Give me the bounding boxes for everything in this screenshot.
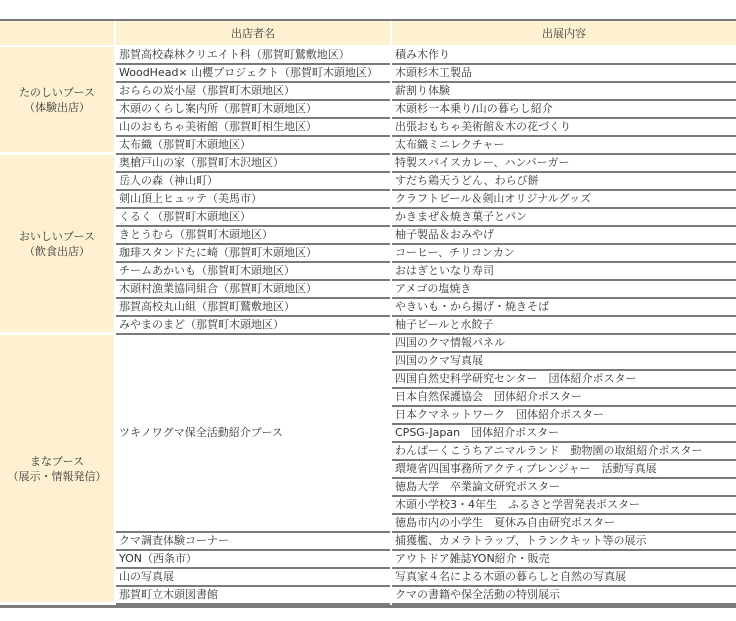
exhibitor-name: YON（西条市） xyxy=(116,551,390,569)
exhibitor-name: チームあかいも（那賀町木頭地区） xyxy=(116,263,390,281)
exhibitor-name-merged: ツキノワグマ保全活動紹介ブース xyxy=(116,335,390,533)
exhibit-content: 木頭杉一本乗り/山の暮らし紹介 xyxy=(392,101,736,119)
exhibitor-name: 太布織（那賀町木頭地区） xyxy=(116,137,390,155)
exhibitor-name: 山のおもちゃ美術館（那賀町相生地区） xyxy=(116,119,390,137)
exhibit-content: 写真家４名による木頭の暮らしと自然の写真展 xyxy=(392,569,736,587)
exhibit-content: 四国自然史科学研究センター 団体紹介ポスター xyxy=(392,371,736,389)
exhibit-content: おはぎといなり寿司 xyxy=(392,263,736,281)
exhibitor-name: みやまのまど（那賀町木頭地区） xyxy=(116,317,390,335)
table-row: おいしいブース （飲食出店） 奥槍戸山の家（那賀町木沢地区） 特製スパイスカレー… xyxy=(0,155,736,173)
exhibit-content: 柚子製品＆おみやげ xyxy=(392,227,736,245)
exhibitor-name: 那賀高校森林クリエイト科（那賀町鷲敷地区） xyxy=(116,47,390,65)
exhibit-content: 木頭杉木工製品 xyxy=(392,65,736,83)
exhibitor-name: WoodHead× 山櫻プロジェクト（那賀町木頭地区） xyxy=(116,65,390,83)
exhibit-content: コーヒー、チリコンカン xyxy=(392,245,736,263)
exhibit-content: 四国のクマ情報パネル xyxy=(392,335,736,353)
table-row: まなブース （展示・情報発信） ツキノワグマ保全活動紹介ブース 四国のクマ情報パ… xyxy=(0,335,736,353)
category-cell-fun-booth: たのしいブース （体験出店） xyxy=(0,47,114,155)
booth-exhibitor-table: 出店者名 出展内容 たのしいブース （体験出店） 那賀高校森林クリエイト科（那賀… xyxy=(0,19,736,608)
exhibitor-name: 那賀町立木頭図書館 xyxy=(116,587,390,605)
exhibit-content: 徳島大学 卒業論文研究ポスター xyxy=(392,479,736,497)
category-label: おいしいブース xyxy=(0,229,114,244)
exhibitor-name: 那賀高校丸山組（那賀町鷲敷地区） xyxy=(116,299,390,317)
exhibit-content: かきまぜ＆焼き菓子とパン xyxy=(392,209,736,227)
exhibit-content: CPSG-Japan 団体紹介ポスター xyxy=(392,425,736,443)
category-label: たのしいブース xyxy=(0,85,114,100)
exhibitor-name: 木頭村漁業協同組合（那賀町木頭地区） xyxy=(116,281,390,299)
exhibitor-name: くるく（那賀町木頭地区） xyxy=(116,209,390,227)
exhibitor-name: クマ調査体験コーナー xyxy=(116,533,390,551)
exhibitor-name: 剣山頂上ヒュッテ（美馬市） xyxy=(116,191,390,209)
exhibit-content: アメゴの塩焼き xyxy=(392,281,736,299)
exhibit-content: 日本自然保護協会 団体紹介ポスター xyxy=(392,389,736,407)
exhibit-content: 柚子ビールと水餃子 xyxy=(392,317,736,335)
exhibit-content: 出張おもちゃ美術館＆木の花づくり xyxy=(392,119,736,137)
exhibit-content: 徳島市内の小学生 夏休み自由研究ポスター xyxy=(392,515,736,533)
exhibitor-name: 山の写真展 xyxy=(116,569,390,587)
exhibit-content: 四国のクマ写真展 xyxy=(392,353,736,371)
exhibit-content: わんぱーくこうちアニマルランド 動物園の取組紹介ポスター xyxy=(392,443,736,461)
exhibitor-name: 奥槍戸山の家（那賀町木沢地区） xyxy=(116,155,390,173)
exhibit-content: クラフトビール＆剣山オリジナルグッズ xyxy=(392,191,736,209)
exhibit-content: 環境省四国事務所アクティブレンジャー 活動写真展 xyxy=(392,461,736,479)
exhibit-content: アウトドア雑誌YON紹介・販売 xyxy=(392,551,736,569)
exhibit-content: クマの書籍や保全活動の特別展示 xyxy=(392,587,736,605)
category-sublabel: （飲食出店） xyxy=(0,244,114,259)
category-sublabel: （展示・情報発信） xyxy=(0,469,114,484)
category-sublabel: （体験出店） xyxy=(0,100,114,115)
exhibit-content: 太布織ミニレクチャー xyxy=(392,137,736,155)
exhibit-content: 薪割り体験 xyxy=(392,83,736,101)
table-header-row: 出店者名 出展内容 xyxy=(0,21,736,47)
exhibit-content: 木頭小学校3・4年生 ふるさと学習発表ポスター xyxy=(392,497,736,515)
exhibitor-name: おららの炭小屋（那賀町木頭地区） xyxy=(116,83,390,101)
header-exhibit-content: 出展内容 xyxy=(392,21,736,47)
booth-table-container: 出店者名 出展内容 たのしいブース （体験出店） 那賀高校森林クリエイト科（那賀… xyxy=(0,19,736,608)
exhibit-content: やきいも・から揚げ・焼きそば xyxy=(392,299,736,317)
category-label: まなブース xyxy=(0,454,114,469)
exhibitor-name: 岳人の森（神山町） xyxy=(116,173,390,191)
category-cell-learning-booth: まなブース （展示・情報発信） xyxy=(0,335,114,605)
header-category xyxy=(0,21,114,47)
exhibit-content: 日本クマネットワーク 団体紹介ポスター xyxy=(392,407,736,425)
exhibitor-name: きとうむら（那賀町木頭地区） xyxy=(116,227,390,245)
exhibit-content: 積み木作り xyxy=(392,47,736,65)
exhibitor-name: 珈琲スタンドたに崎（那賀町木頭地区） xyxy=(116,245,390,263)
exhibitor-name: 木頭のくらし案内所（那賀町木頭地区） xyxy=(116,101,390,119)
exhibit-content: 特製スパイスカレー、ハンバーガー xyxy=(392,155,736,173)
category-cell-food-booth: おいしいブース （飲食出店） xyxy=(0,155,114,335)
exhibit-content: すだち鶏天うどん、わらび餅 xyxy=(392,173,736,191)
exhibit-content: 捕獲檻、カメラトラップ、トランクキット等の展示 xyxy=(392,533,736,551)
table-row: たのしいブース （体験出店） 那賀高校森林クリエイト科（那賀町鷲敷地区） 積み木… xyxy=(0,47,736,65)
header-exhibitor-name: 出店者名 xyxy=(116,21,390,47)
